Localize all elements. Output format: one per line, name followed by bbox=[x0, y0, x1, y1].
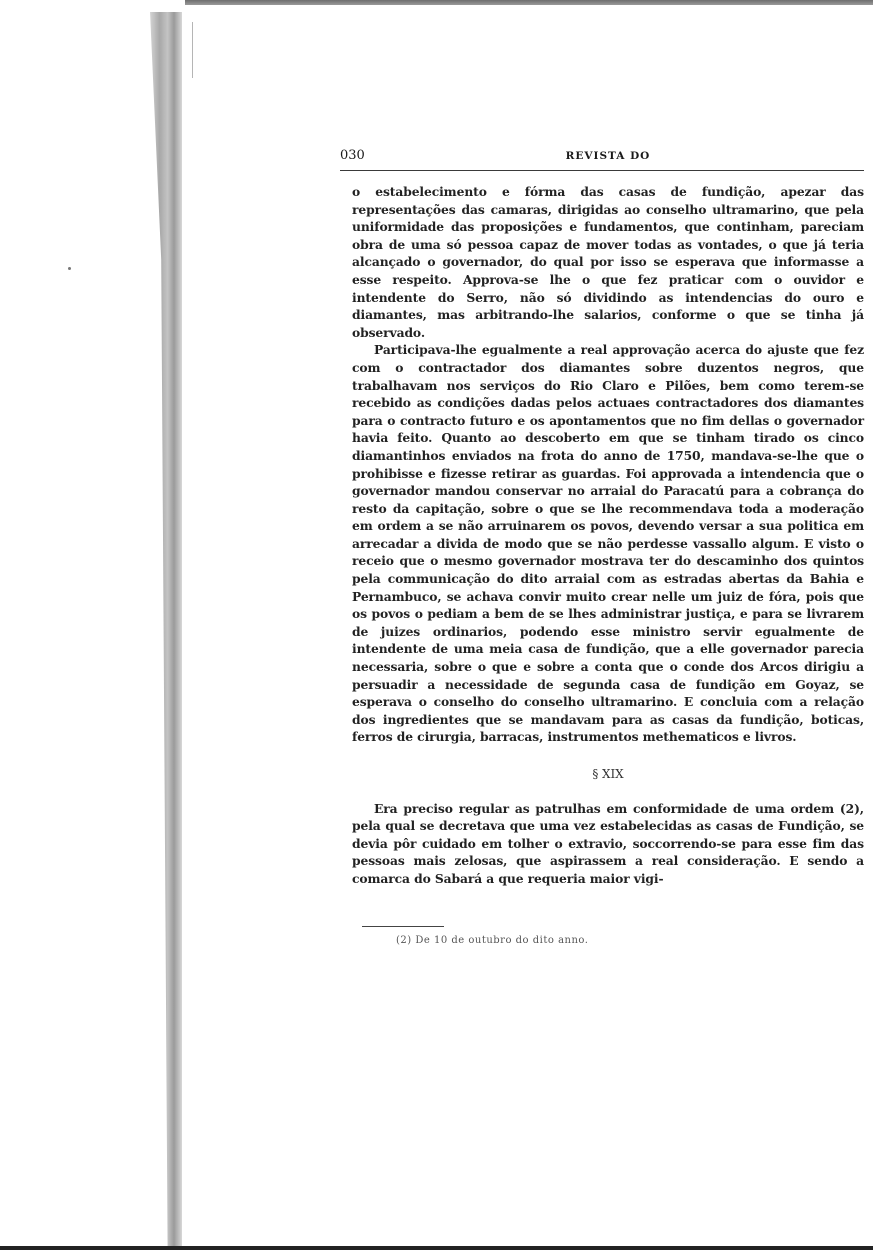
paragraph-continued: o estabelecimento e fórma das casas de f… bbox=[352, 183, 864, 341]
header-rule bbox=[340, 170, 864, 171]
footnote: (2) De 10 de outubro do dito anno. bbox=[396, 935, 864, 946]
book-page: 030 REVISTA DO o estabelecimento e fórma… bbox=[352, 148, 864, 946]
paragraph: Participava-lhe egualmente a real approv… bbox=[352, 341, 864, 746]
footnote-rule bbox=[362, 926, 444, 927]
section-heading: § XIX bbox=[352, 766, 864, 784]
book-top-edge bbox=[185, 0, 873, 5]
running-head: 030 REVISTA DO bbox=[352, 148, 864, 166]
section-paragraph: Era preciso regular as patrulhas em conf… bbox=[352, 800, 864, 888]
journal-title: REVISTA DO bbox=[352, 150, 864, 162]
scan-speck bbox=[68, 267, 71, 270]
gutter-line bbox=[192, 22, 193, 78]
book-spine-gutter bbox=[150, 12, 182, 1250]
body-text: o estabelecimento e fórma das casas de f… bbox=[352, 183, 864, 888]
book-bottom-edge bbox=[0, 1246, 873, 1250]
